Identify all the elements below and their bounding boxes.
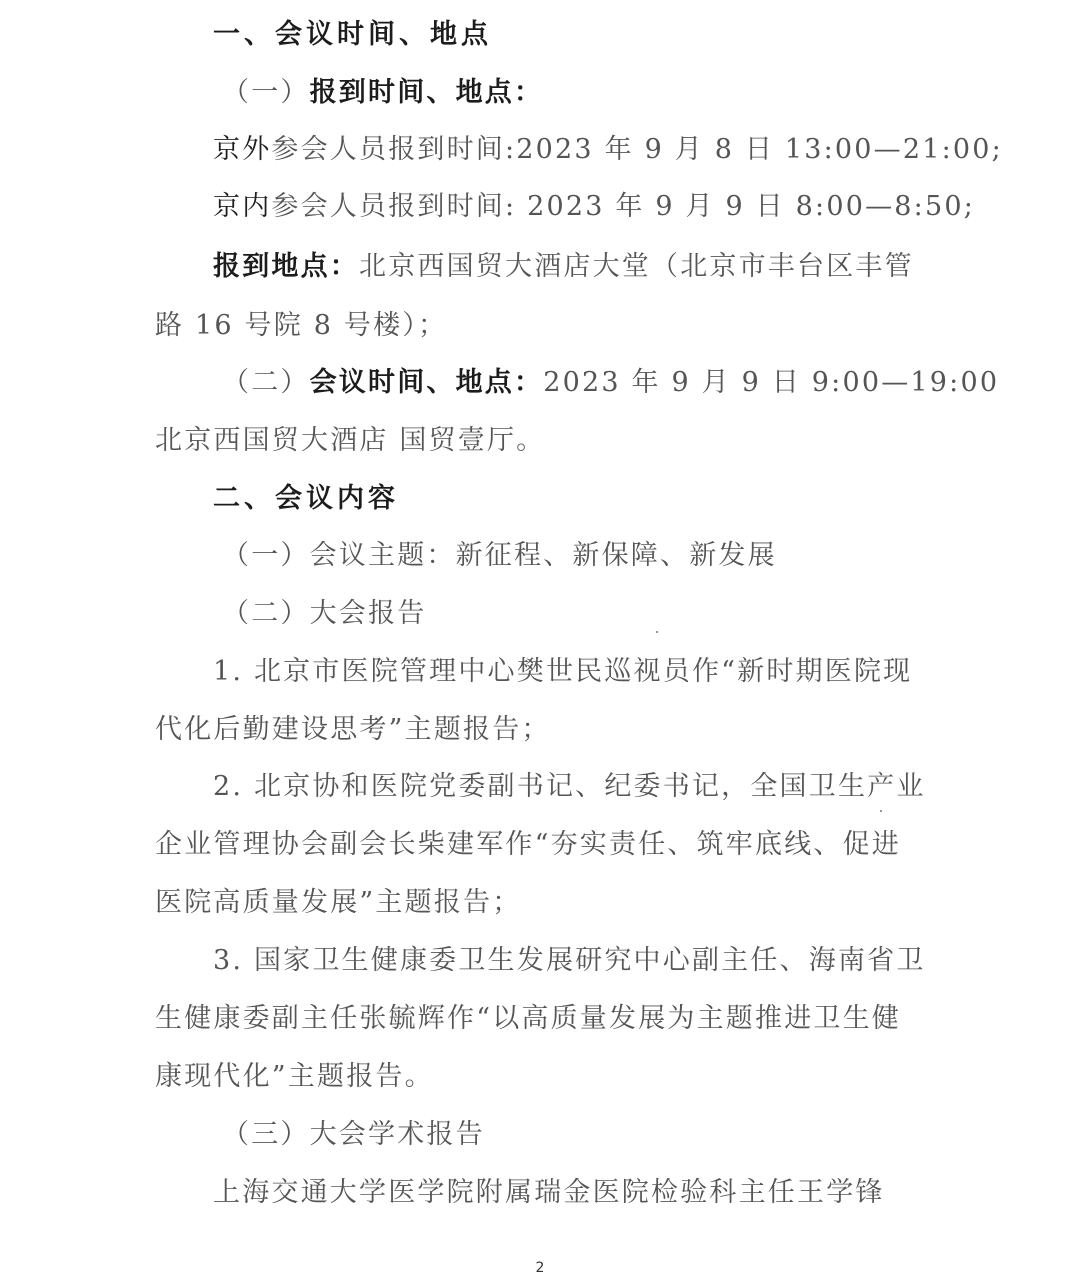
- subsection-title: 会议时间、地点：: [310, 367, 544, 398]
- scan-speck: [656, 631, 658, 633]
- document-page: 一、会议时间、地点 （一）报到时间、地点： 京外参会人员报到时间:2023 年 …: [0, 0, 1080, 1277]
- registration-location-continued: 路 16 号院 8 号楼）；: [155, 309, 915, 343]
- registration-inside-beijing: 京内参会人员报到时间: 2023 年 9 月 9 日 8:00—8:50;: [213, 190, 913, 224]
- registration-time-text: 参会人员报到时间: 2023 年 9 月 9 日 8:00—8:50;: [271, 191, 975, 222]
- plenary-reports-heading: （二）大会报告: [222, 597, 912, 631]
- registration-prefix: 京外: [213, 134, 271, 165]
- academic-reports-heading: （三）大会学术报告: [222, 1118, 912, 1152]
- registration-location: 报到地点：北京西国贸大酒店大堂（北京市丰台区丰管: [213, 250, 913, 284]
- subsection-title: 报到时间、地点：: [310, 77, 544, 108]
- page-number: 2: [0, 1260, 1080, 1276]
- meeting-time-text: 2023 年 9 月 9 日 9:00—19:00: [543, 367, 999, 398]
- registration-location-text: 北京西国贸大酒店大堂（北京市丰台区丰管: [359, 251, 914, 282]
- section-heading-meeting-time-location: 一、会议时间、地点: [213, 18, 913, 52]
- subsection-registration-heading: （一）报到时间、地点：: [222, 76, 912, 110]
- academic-report-line-1: 上海交通大学医学院附属瑞金医院检验科主任王学锋: [213, 1176, 913, 1210]
- subsection-meeting-time-location: （二）会议时间、地点：2023 年 9 月 9 日 9:00—19:00: [222, 366, 912, 400]
- registration-prefix: 京内: [213, 191, 271, 222]
- meeting-location-text: 北京西国贸大酒店 国贸壹厅。: [155, 424, 915, 458]
- report-item-3-line-3: 康现代化”主题报告。: [155, 1060, 915, 1094]
- section-heading-meeting-content: 二、会议内容: [213, 482, 913, 516]
- report-item-2-line-3: 医院高质量发展”主题报告；: [155, 886, 915, 920]
- report-item-1-line-2: 代化后勤建设思考”主题报告；: [155, 713, 915, 747]
- registration-outside-beijing: 京外参会人员报到时间:2023 年 9 月 8 日 13:00—21:00;: [213, 133, 913, 167]
- report-item-1-line-1: 1. 北京市医院管理中心樊世民巡视员作“新时期医院现: [213, 655, 913, 689]
- registration-location-label: 报到地点：: [213, 251, 359, 282]
- report-item-2-line-2: 企业管理协会副会长柴建军作“夯实责任、筑牢底线、促进: [155, 828, 915, 862]
- report-item-3-line-2: 生健康委副主任张毓辉作“以高质量发展为主题推进卫生健: [155, 1002, 915, 1036]
- meeting-theme: （一）会议主题：新征程、新保障、新发展: [222, 539, 912, 573]
- report-item-3-line-1: 3. 国家卫生健康委卫生发展研究中心副主任、海南省卫: [213, 944, 913, 978]
- report-item-2-line-1: 2. 北京协和医院党委副书记、纪委书记，全国卫生产业: [213, 770, 913, 804]
- subsection-number: （一）: [222, 77, 310, 108]
- subsection-number: （二）: [222, 367, 310, 398]
- scan-speck: [880, 810, 882, 812]
- registration-time-text: 参会人员报到时间:2023 年 9 月 8 日 13:00—21:00;: [271, 134, 1003, 165]
